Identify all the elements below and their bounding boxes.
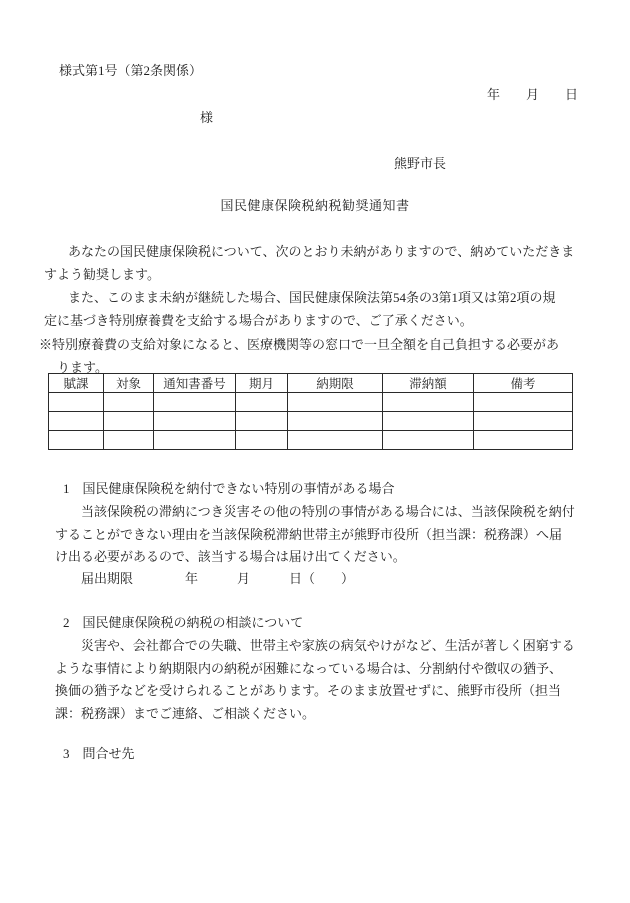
table-cell	[383, 431, 474, 450]
table-cell	[49, 412, 104, 431]
table-header-row: 賦課 対象 通知書番号 期月 納期限 滞納額 備考	[49, 374, 573, 393]
table-cell	[383, 393, 474, 412]
header-period-month: 期月	[236, 374, 288, 393]
table-cell	[236, 393, 288, 412]
date-line: 年 月 日	[0, 84, 630, 103]
header-notice-number: 通知書番号	[154, 374, 236, 393]
table-empty-row	[49, 412, 573, 431]
header-remarks: 備考	[474, 374, 573, 393]
table-cell	[288, 431, 383, 450]
table-empty-row	[49, 393, 573, 412]
table-cell	[474, 412, 573, 431]
intro-paragraph-1: あなたの国民健康保険税について、次のとおり未納がありますので、納めていただきま …	[44, 240, 574, 286]
section2-body: 災害や、会社都合での失職、世帯主や家族の病気やけがなど、生活が著しく困窮する よ…	[55, 635, 575, 726]
document-page: 様式第1号（第2条関係） 年 月 日 様 熊野市長 国民健康保険税納税勧奨通知書…	[0, 0, 630, 903]
section1-deadline-line: 届出期限 年 月 日（ ）	[81, 568, 354, 587]
form-number-label: 様式第1号（第2条関係）	[59, 60, 202, 79]
table-cell	[49, 431, 104, 450]
table-cell	[288, 412, 383, 431]
table-cell	[383, 412, 474, 431]
section1-body: 当該保険税の滞納につき災害その他の特別の事情がある場合には、当該保険税を納付 す…	[55, 501, 575, 569]
table-cell	[288, 393, 383, 412]
document-title: 国民健康保険税納税勧奨通知書	[0, 195, 630, 214]
table-cell	[49, 393, 104, 412]
arrears-table: 賦課 対象 通知書番号 期月 納期限 滞納額 備考	[48, 373, 573, 450]
table-empty-row	[49, 431, 573, 450]
section3-heading: 3 問合せ先	[63, 743, 135, 766]
header-subject: 対象	[104, 374, 154, 393]
header-levy: 賦課	[49, 374, 104, 393]
addressee-suffix: 様	[200, 107, 213, 126]
sender-name: 熊野市長	[394, 153, 446, 172]
table-cell	[154, 431, 236, 450]
table-cell	[236, 431, 288, 450]
table-cell	[474, 431, 573, 450]
section2-heading: 2 国民健康保険税の納税の相談について	[63, 612, 303, 635]
table-cell	[154, 412, 236, 431]
table-cell	[104, 412, 154, 431]
table-cell	[104, 393, 154, 412]
table-cell	[236, 412, 288, 431]
table-cell	[104, 431, 154, 450]
table-cell	[474, 393, 573, 412]
intro-paragraph-2: また、このまま未納が継続した場合、国民健康保険法第54条の3第1項又は第2項の規…	[44, 286, 556, 332]
table-cell	[154, 393, 236, 412]
header-due-date: 納期限	[288, 374, 383, 393]
section1-heading: 1 国民健康保険税を納付できない特別の事情がある場合	[63, 478, 395, 501]
header-arrears-amount: 滞納額	[383, 374, 474, 393]
